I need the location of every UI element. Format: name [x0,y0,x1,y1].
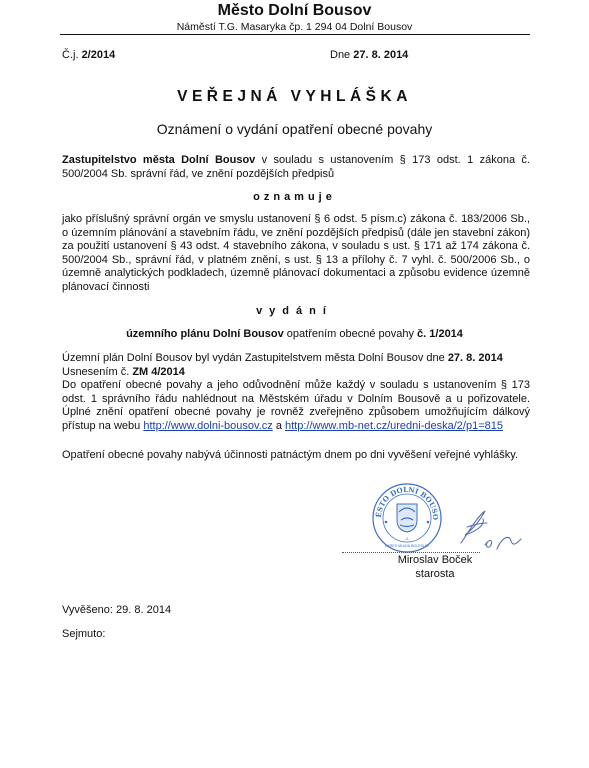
issuance-label: vydání [0,305,589,317]
reference-number: Č.j. 2/2014 [62,49,115,61]
svg-text:-2-: -2- [405,536,411,541]
council-name: Zastupitelstvo města Dolní Bousov [62,154,255,166]
resolution-number: ZM 4/2014 [132,366,185,378]
issued-text: Územní plán Dolní Bousov byl vydán Zastu… [62,352,448,364]
resolution-label: Usnesením č. [62,366,132,378]
posted-label: Vyvěšeno: [62,604,113,616]
signatory-name: Miroslav Boček [380,553,490,567]
municipality-title: Město Dolní Bousov [0,2,589,20]
effect-paragraph: Opatření obecné povahy nabývá účinnosti … [62,449,530,463]
date-label: Dne [330,49,350,61]
plan-name: územního plánu Dolní Bousov [126,328,284,340]
posted-date: 29. 8. 2014 [116,604,171,616]
issued-paragraph: Územní plán Dolní Bousov byl vydán Zastu… [62,352,530,379]
legal-basis-paragraph: jako příslušný správní orgán ve smyslu u… [62,213,530,295]
document-subheading: Oznámení o vydání opatření obecné povahy [0,121,589,137]
reference-label: Č.j. [62,49,79,61]
link-mb-net[interactable]: http://www.mb-net.cz/uredni-deska/2/p1=8… [285,420,503,432]
link-joiner: a [273,420,285,432]
svg-text:OKRES MLADÁ BOLESLAV: OKRES MLADÁ BOLESLAV [385,544,430,548]
link-dolni-bousov[interactable]: http://www.dolni-bousov.cz [143,420,272,432]
signatory-role: starosta [380,567,490,581]
plan-line: územního plánu Dolní Bousov opatřením ob… [0,328,589,340]
plan-mid: opatřením obecné povahy [284,328,417,340]
date-value: 27. 8. 2014 [353,49,408,61]
intro-paragraph: Zastupitelstvo města Dolní Bousov v soul… [62,154,530,181]
municipality-address: Náměstí T.G. Masaryka čp. 1 294 04 Dolní… [0,21,589,33]
document-heading: VEŘEJNÁ VYHLÁŠKA [0,88,589,106]
issued-date: 27. 8. 2014 [448,352,503,364]
reference-value: 2/2014 [82,49,116,61]
announces-label: oznamuje [0,191,589,203]
plan-number: č. 1/2014 [417,328,463,340]
posted-line: Vyvěšeno: 29. 8. 2014 [62,604,171,616]
signatory: Miroslav Boček starosta [380,553,490,581]
access-paragraph: Do opatření obecné povahy a jeho odůvodn… [62,379,530,433]
removed-label: Sejmuto: [62,628,105,640]
header-divider [60,34,530,35]
document-date: Dne 27. 8. 2014 [330,49,408,61]
city-stamp-icon: MĚSTO DOLNÍ BOUSOV -2- OKRES MLADÁ BOLES… [371,482,443,554]
signature-icon [455,505,525,555]
